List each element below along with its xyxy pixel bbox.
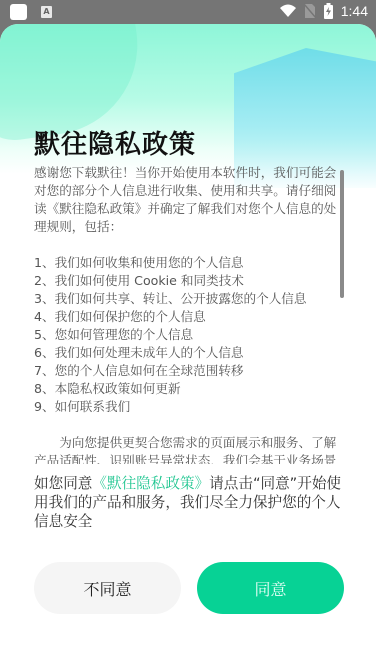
list-item: 3、我们如何共享、转让、公开披露您的个人信息 (34, 290, 340, 308)
policy-scroll-area[interactable]: 感谢您下载默往！当你开始使用本软件时，我们可能会对您的部分个人信息进行收集、使用… (34, 164, 340, 464)
list-item: 8、本隐私权政策如何更新 (34, 380, 340, 398)
notification-square-icon (10, 4, 27, 20)
list-item: 1、我们如何收集和使用您的个人信息 (34, 254, 340, 272)
policy-extra-paragraph: 为向您提供更契合您需求的页面展示和服务、了解产品适配性、识别账号异常状态，我们会… (34, 434, 340, 464)
status-bar: A 1:44 (0, 0, 376, 24)
list-item: 5、您如何管理您的个人信息 (34, 326, 340, 344)
privacy-policy-dialog: 默往隐私政策 感谢您下载默往！当你开始使用本软件时，我们可能会对您的部分个人信息… (0, 24, 376, 670)
battery-charging-icon (324, 3, 333, 19)
no-sim-icon (304, 3, 316, 19)
clock: 1:44 (341, 3, 368, 19)
policy-items-list: 1、我们如何收集和使用您的个人信息 2、我们如何使用 Cookie 和同类技术 … (34, 254, 340, 416)
dialog-title: 默往隐私政策 (34, 124, 196, 161)
agree-button[interactable]: 同意 (197, 562, 344, 614)
list-item: 7、您的个人信息如何在全球范围转移 (34, 362, 340, 380)
disagree-button[interactable]: 不同意 (34, 562, 181, 614)
list-item: 6、我们如何处理未成年人的个人信息 (34, 344, 340, 362)
consent-text: 如您同意《默往隐私政策》请点击“同意”开始使用我们的产品和服务，我们尽全力保护您… (34, 474, 346, 531)
list-item: 4、我们如何保护您的个人信息 (34, 308, 340, 326)
list-item: 2、我们如何使用 Cookie 和同类技术 (34, 272, 340, 290)
scrollbar[interactable] (340, 170, 344, 298)
list-item: 9、如何联系我们 (34, 398, 340, 416)
privacy-policy-link[interactable]: 《默往隐私政策》 (92, 475, 209, 492)
consent-prefix: 如您同意 (34, 475, 92, 492)
wifi-icon (280, 4, 296, 18)
keyboard-a-icon: A (41, 6, 52, 18)
policy-intro: 感谢您下载默往！当你开始使用本软件时，我们可能会对您的部分个人信息进行收集、使用… (34, 164, 340, 236)
